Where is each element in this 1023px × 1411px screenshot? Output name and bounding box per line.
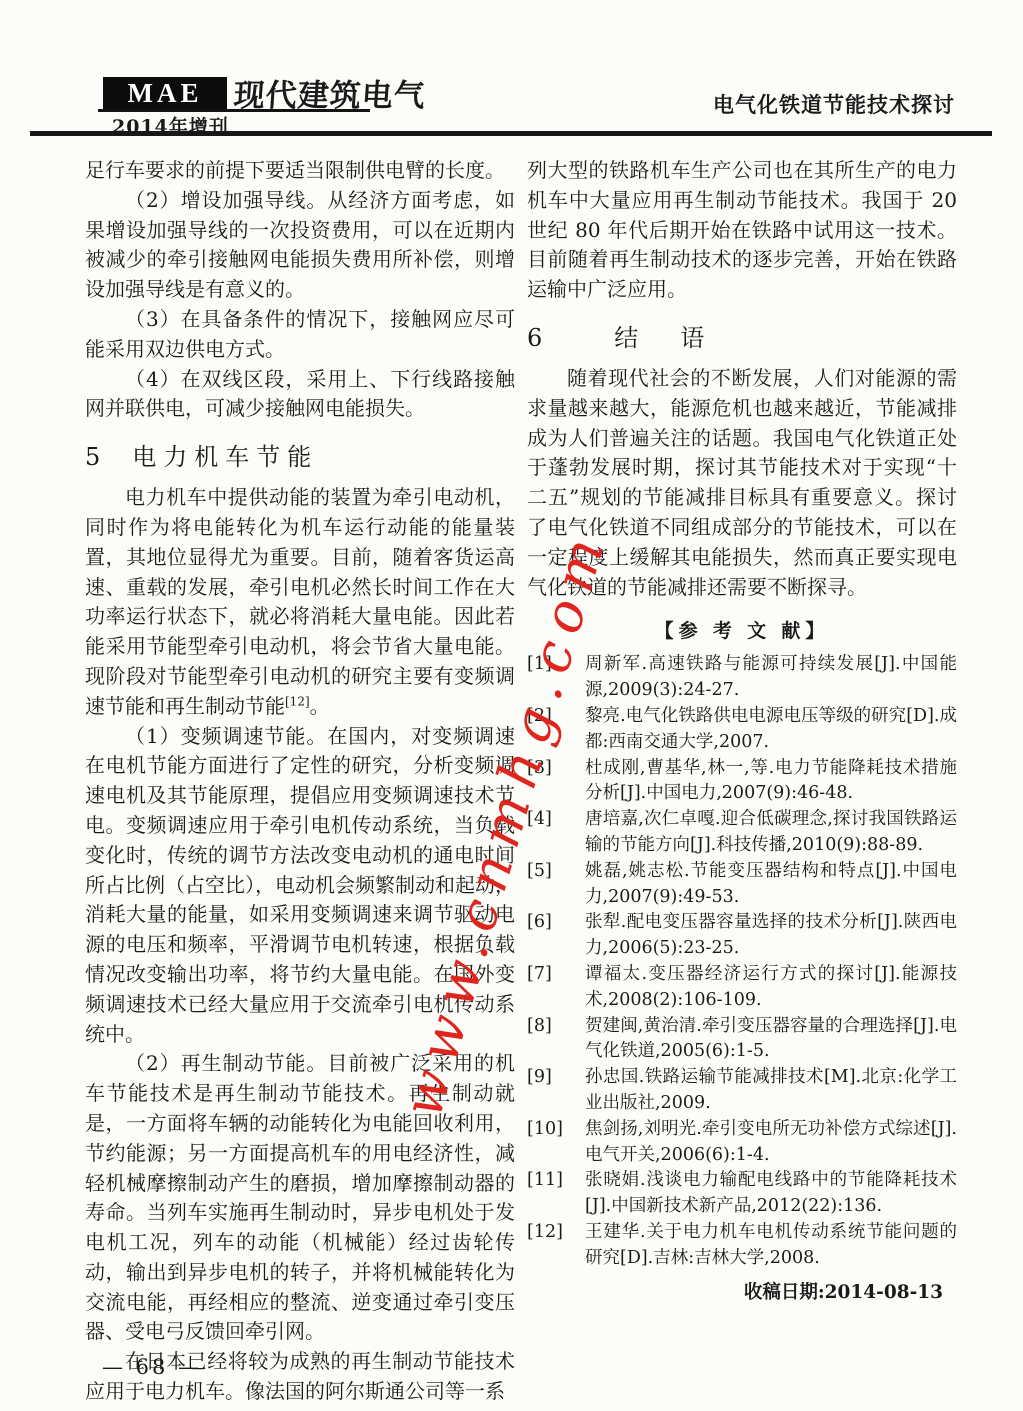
reference-number: [4] (527, 807, 585, 859)
reference-number: [5] (527, 859, 585, 911)
paragraph-continuation: 足行车要求的前提下要适当限制供电臂的长度。 (85, 156, 515, 186)
paragraph: （2）再生制动节能。目前被广泛采用的机车节能技术是再生制动节能技术。再生制动就是… (85, 1049, 515, 1347)
paragraph-text: 。 (310, 694, 330, 718)
paragraph-continuation: 列大型的铁路机车生产公司也在其所生产的电力机车中大量应用再生制动节能技术。我国于… (527, 156, 957, 305)
section-number: 6 (527, 324, 542, 352)
reference-item: [9]孙忠国.铁路运输节能减排技术[M].北京:化学工业出版社,2009. (527, 1065, 957, 1117)
reference-number: [8] (527, 1014, 585, 1066)
reference-number: [11] (527, 1168, 585, 1220)
reference-text: 张晓娟.浅谈电力输配电线路中的节能降耗技术[J].中国新技术新产品,2012(2… (585, 1168, 957, 1220)
reference-text: 王建华.关于电力机车电机传动系统节能问题的研究[D].吉林:吉林大学,2008. (585, 1220, 957, 1272)
paragraph: 电力机车中提供动能的装置为牵引电动机，同时作为将电能转化为机车运行动能的能量装置… (85, 483, 515, 721)
left-column: 足行车要求的前提下要适当限制供电臂的长度。 （2）增设加强导线。从经济方面考虑，… (85, 156, 515, 1407)
reference-text: 孙忠国.铁路运输节能减排技术[M].北京:化学工业出版社,2009. (585, 1065, 957, 1117)
header-rule (30, 131, 992, 136)
reference-number: [10] (527, 1117, 585, 1169)
section-title: 结 语 (614, 324, 713, 352)
journal-logo: MAE (103, 77, 227, 109)
page-number: — 68 — (102, 1355, 202, 1379)
reference-number: [6] (527, 910, 585, 962)
section-6-heading: 6结 语 (527, 318, 957, 353)
citation-superscript: [12] (285, 694, 310, 708)
reference-item: [6]张犁.配电变压器容量选择的技术分析[J].陕西电力,2006(5):23-… (527, 910, 957, 962)
reference-item: [5]姚磊,姚志松.节能变压器结构和特点[J].中国电力,2007(9):49-… (527, 859, 957, 911)
reference-text: 杜成刚,曹基华,林一,等.电力节能降耗技术措施分析[J].中国电力,2007(9… (585, 756, 957, 808)
references-heading: 【参 考 文 献】 (527, 616, 957, 643)
reference-item: [8]贺建闽,黄治清.牵引变压器容量的合理选择[J].电气化铁道,2005(6)… (527, 1014, 957, 1066)
reference-number: [9] (527, 1065, 585, 1117)
reference-text: 贺建闽,黄治清.牵引变压器容量的合理选择[J].电气化铁道,2005(6):1-… (585, 1014, 957, 1066)
reference-text: 谭福太.变压器经济运行方式的探讨[J].能源技术,2008(2):106-109… (585, 962, 957, 1014)
reference-number: [3] (527, 756, 585, 808)
paragraph: 随着现代社会的不断发展，人们对能源的需求量越来越大，能源危机也越来越近，节能减排… (527, 364, 957, 602)
reference-number: [1] (527, 652, 585, 704)
reference-text: 黎亮.电气化铁路供电电源电压等级的研究[D].成都:西南交通大学,2007. (585, 704, 957, 756)
reference-number: [12] (527, 1220, 585, 1272)
paragraph: （1）变频调速节能。在国内，对变频调速在电机节能方面进行了定性的研究，分析变频调… (85, 722, 515, 1050)
reference-number: [2] (527, 704, 585, 756)
reference-text: 张犁.配电变压器容量选择的技术分析[J].陕西电力,2006(5):23-25. (585, 910, 957, 962)
reference-text: 姚磊,姚志松.节能变压器结构和特点[J].中国电力,2007(9):49-53. (585, 859, 957, 911)
reference-list: [1]周新军.高速铁路与能源可持续发展[J].中国能源,2009(3):24-2… (527, 652, 957, 1271)
section-5-heading: 5电力机车节能 (85, 437, 515, 472)
journal-logo-acronym: MAE (128, 78, 203, 108)
paragraph: （3）在具备条件的情况下，接触网应尽可能采用双边供电方式。 (85, 305, 515, 365)
section-number: 5 (85, 443, 100, 471)
reference-item: [10]焦剑扬,刘明光.牵引变电所无功补偿方式综述[J].电气开关,2006(6… (527, 1117, 957, 1169)
section-title: 电力机车节能 (132, 443, 318, 471)
reference-item: [12]王建华.关于电力机车电机传动系统节能问题的研究[D].吉林:吉林大学,2… (527, 1220, 957, 1272)
paragraph-text: 电力机车中提供动能的装置为牵引电动机，同时作为将电能转化为机车运行动能的能量装置… (85, 485, 515, 718)
reference-text: 唐培嘉,次仁卓嘎.迎合低碳理念,探讨我国铁路运输的节能方向[J].科技传播,20… (585, 807, 957, 859)
running-head-title: 电气化铁道节能技术探讨 (713, 89, 955, 119)
paragraph: （2）增设加强导线。从经济方面考虑，如果增设加强导线的一次投资费用，可以在近期内… (85, 186, 515, 305)
reference-item: [3]杜成刚,曹基华,林一,等.电力节能降耗技术措施分析[J].中国电力,200… (527, 756, 957, 808)
paragraph: （4）在双线区段，采用上、下行线路接触网并联供电，可减少接触网电能损失。 (85, 365, 515, 425)
reference-item: [4]唐培嘉,次仁卓嘎.迎合低碳理念,探讨我国铁路运输的节能方向[J].科技传播… (527, 807, 957, 859)
reference-item: [1]周新军.高速铁路与能源可持续发展[J].中国能源,2009(3):24-2… (527, 652, 957, 704)
reference-item: [7]谭福太.变压器经济运行方式的探讨[J].能源技术,2008(2):106-… (527, 962, 957, 1014)
journal-page: MAE 现代建筑电气 2014年增刊 电气化铁道节能技术探讨 www.cnmhg… (0, 0, 1023, 1411)
reference-text: 周新军.高速铁路与能源可持续发展[J].中国能源,2009(3):24-27. (585, 652, 957, 704)
reference-item: [11]张晓娟.浅谈电力输配电线路中的节能降耗技术[J].中国新技术新产品,20… (527, 1168, 957, 1220)
reference-text: 焦剑扬,刘明光.牵引变电所无功补偿方式综述[J].电气开关,2006(6):1-… (585, 1117, 957, 1169)
right-column: 列大型的铁路机车生产公司也在其所生产的电力机车中大量应用再生制动节能技术。我国于… (527, 156, 957, 1304)
received-date: 收稿日期:2014-08-13 (527, 1278, 957, 1304)
reference-item: [2]黎亮.电气化铁路供电电源电压等级的研究[D].成都:西南交通大学,2007… (527, 704, 957, 756)
reference-number: [7] (527, 962, 585, 1014)
